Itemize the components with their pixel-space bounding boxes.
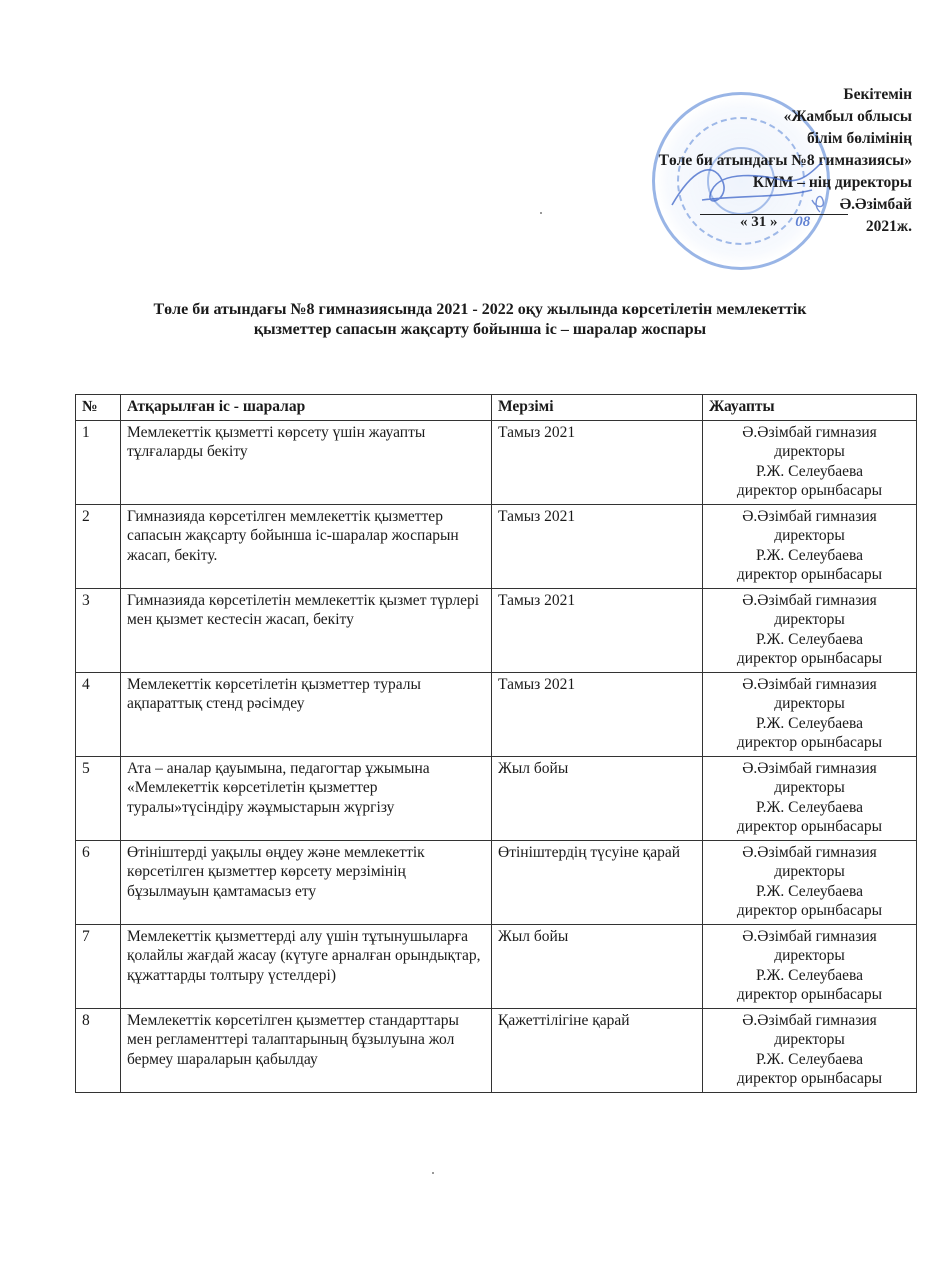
table-row: 5Ата – аналар қауымына, педагогтар ұжымы… [76, 756, 917, 840]
responsible-line: директор орынбасары [705, 481, 914, 501]
row-task: Мемлекеттік қызметтерді алу үшін тұтынуш… [121, 924, 492, 1008]
responsible-line: Ә.Әзімбай гимназия [705, 759, 914, 779]
header-responsible: Жауапты [703, 395, 917, 421]
table-row: 3Гимназияда көрсетілетін мемлекеттік қыз… [76, 588, 917, 672]
row-deadline: Тамыз 2021 [492, 420, 703, 504]
responsible-line: Р.Ж. Селеубаева [705, 1050, 914, 1070]
row-responsible: Ә.Әзімбай гимназиядиректорыР.Ж. Селеубае… [703, 672, 917, 756]
table-row: 4Мемлекеттік көрсетілетін қызметтер тура… [76, 672, 917, 756]
row-deadline: Өтініштердің түсуіне қарай [492, 840, 703, 924]
plan-table: № Атқарылған іс - шаралар Мерзімі Жауапт… [75, 394, 917, 1093]
table-row: 2Гимназияда көрсетілген мемлекеттік қызм… [76, 504, 917, 588]
approval-line: «Жамбыл облысы [659, 106, 912, 128]
row-number: 5 [76, 756, 121, 840]
header-task: Атқарылған іс - шаралар [121, 395, 492, 421]
responsible-line: Ә.Әзімбай гимназия [705, 591, 914, 611]
responsible-line: Р.Ж. Селеубаева [705, 798, 914, 818]
row-task: Мемлекеттік көрсетілген қызметтер станда… [121, 1008, 492, 1092]
row-task: Өтініштерді уақылы өңдеу және мемлекетті… [121, 840, 492, 924]
row-task: Гимназияда көрсетілген мемлекеттік қызме… [121, 504, 492, 588]
responsible-line: директоры [705, 694, 914, 714]
approval-date-month: 08 [795, 214, 810, 230]
table-header-row: № Атқарылған іс - шаралар Мерзімі Жауапт… [76, 395, 917, 421]
responsible-line: директор орынбасары [705, 565, 914, 585]
row-number: 7 [76, 924, 121, 1008]
row-responsible: Ә.Әзімбай гимназиядиректорыР.Ж. Селеубае… [703, 420, 917, 504]
responsible-line: директор орынбасары [705, 817, 914, 837]
responsible-line: Ә.Әзімбай гимназия [705, 423, 914, 443]
responsible-line: Р.Ж. Селеубаева [705, 714, 914, 734]
responsible-line: директор орынбасары [705, 649, 914, 669]
row-responsible: Ә.Әзімбай гимназиядиректорыР.Ж. Селеубае… [703, 588, 917, 672]
responsible-line: Ә.Әзімбай гимназия [705, 927, 914, 947]
responsible-line: директоры [705, 862, 914, 882]
header-number: № [76, 395, 121, 421]
responsible-line: директоры [705, 526, 914, 546]
signature [662, 150, 832, 220]
responsible-line: Ә.Әзімбай гимназия [705, 675, 914, 695]
responsible-line: директоры [705, 442, 914, 462]
table-row: 1Мемлекеттік қызметті көрсету үшін жауап… [76, 420, 917, 504]
row-responsible: Ә.Әзімбай гимназиядиректорыР.Ж. Селеубае… [703, 924, 917, 1008]
row-responsible: Ә.Әзімбай гимназиядиректорыР.Ж. Селеубае… [703, 840, 917, 924]
responsible-line: директоры [705, 1030, 914, 1050]
approval-line: білім бөлімінің [659, 128, 912, 150]
approval-line: Бекітемін [659, 84, 912, 106]
row-number: 2 [76, 504, 121, 588]
row-number: 4 [76, 672, 121, 756]
scan-speck [432, 1172, 434, 1174]
table-row: 7Мемлекеттік қызметтерді алу үшін тұтыну… [76, 924, 917, 1008]
responsible-line: Р.Ж. Селеубаева [705, 882, 914, 902]
row-deadline: Тамыз 2021 [492, 672, 703, 756]
responsible-line: директоры [705, 946, 914, 966]
row-task: Ата – аналар қауымына, педагогтар ұжымын… [121, 756, 492, 840]
approval-date-day: « 31 » 08 [740, 214, 810, 231]
row-deadline: Жыл бойы [492, 924, 703, 1008]
row-deadline: Тамыз 2021 [492, 504, 703, 588]
responsible-line: Ә.Әзімбай гимназия [705, 507, 914, 527]
row-task: Мемлекеттік көрсетілетін қызметтер турал… [121, 672, 492, 756]
row-deadline: Жыл бойы [492, 756, 703, 840]
row-number: 1 [76, 420, 121, 504]
responsible-line: Р.Ж. Селеубаева [705, 546, 914, 566]
row-responsible: Ә.Әзімбай гимназиядиректорыР.Ж. Селеубае… [703, 1008, 917, 1092]
row-deadline: Қажеттілігіне қарай [492, 1008, 703, 1092]
table-row: 8Мемлекеттік көрсетілген қызметтер станд… [76, 1008, 917, 1092]
responsible-line: директор орынбасары [705, 733, 914, 753]
row-responsible: Ә.Әзімбай гимназиядиректорыР.Ж. Селеубае… [703, 756, 917, 840]
row-responsible: Ә.Әзімбай гимназиядиректорыР.Ж. Селеубае… [703, 504, 917, 588]
responsible-line: Р.Ж. Селеубаева [705, 630, 914, 650]
responsible-line: директор орынбасары [705, 901, 914, 921]
row-number: 8 [76, 1008, 121, 1092]
row-task: Гимназияда көрсетілетін мемлекеттік қызм… [121, 588, 492, 672]
document-title: Төле би атындағы №8 гимназиясында 2021 -… [80, 300, 880, 340]
responsible-line: директоры [705, 610, 914, 630]
responsible-line: Р.Ж. Селеубаева [705, 462, 914, 482]
scan-speck [540, 212, 542, 214]
responsible-line: директор орынбасары [705, 1069, 914, 1089]
responsible-line: Ә.Әзімбай гимназия [705, 1011, 914, 1031]
header-deadline: Мерзімі [492, 395, 703, 421]
row-deadline: Тамыз 2021 [492, 588, 703, 672]
row-number: 6 [76, 840, 121, 924]
responsible-line: Р.Ж. Селеубаева [705, 966, 914, 986]
row-task: Мемлекеттік қызметті көрсету үшін жауапт… [121, 420, 492, 504]
responsible-line: Ә.Әзімбай гимназия [705, 843, 914, 863]
row-number: 3 [76, 588, 121, 672]
responsible-line: директор орынбасары [705, 985, 914, 1005]
responsible-line: директоры [705, 778, 914, 798]
table-row: 6Өтініштерді уақылы өңдеу және мемлекетт… [76, 840, 917, 924]
